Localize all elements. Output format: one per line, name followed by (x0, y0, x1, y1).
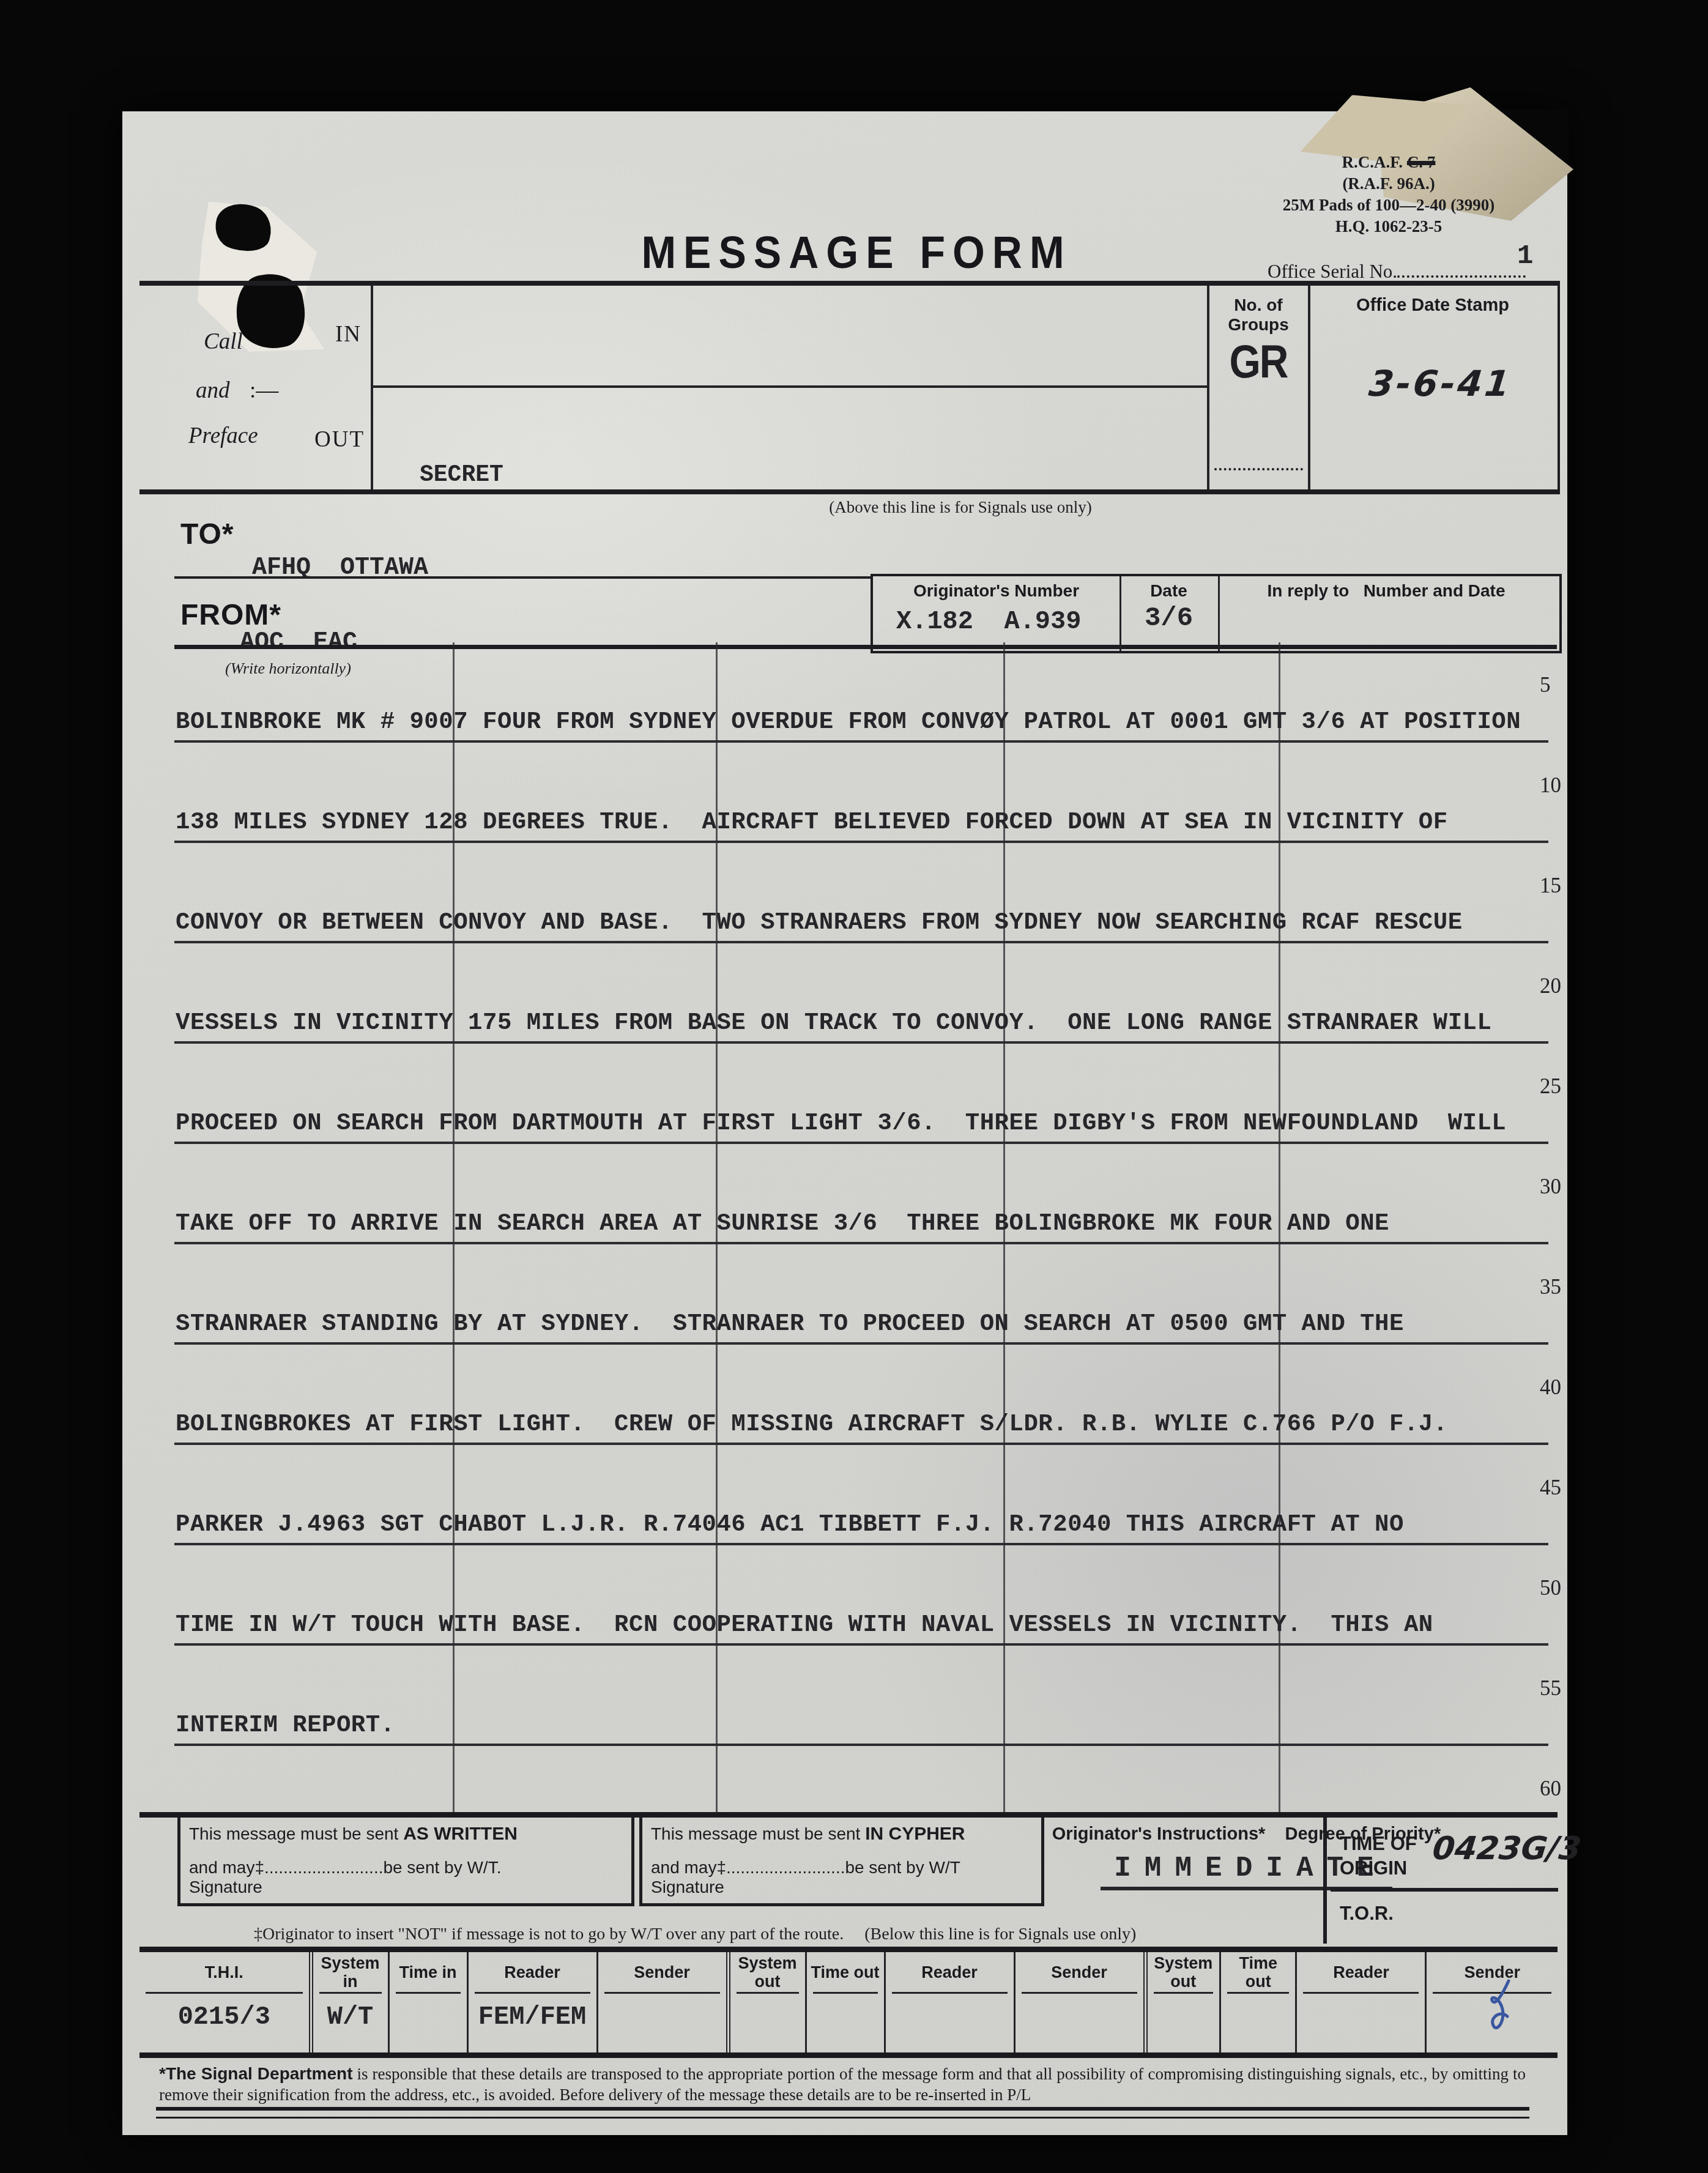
message-line: BOLINGBROKES AT FIRST LIGHT. CREW OF MIS… (176, 1411, 1448, 1438)
table-cell-time-in: Time in (388, 1952, 467, 2052)
form-code-block: R.C.A.F. C. 7 (R.A.F. 96A.) 25M Pads of … (1217, 152, 1560, 237)
word-count-number: 20 (1540, 974, 1561, 998)
word-count-number: 55 (1540, 1676, 1561, 1701)
message-row: VESSELS IN VICINITY 175 MILES FROM BASE … (174, 943, 1548, 1044)
table-cell-time-out-2: Time out (1219, 1952, 1295, 2052)
office-serial: Office Serial No. (1268, 257, 1526, 283)
table-cell-reader-2: Reader (884, 1952, 1014, 2052)
colon-dash: :— (250, 377, 278, 404)
call-label: Call (204, 329, 243, 355)
write-horizontally-note: (Write horizontally) (225, 659, 351, 678)
from-label: FROM* (180, 598, 281, 632)
office-serial-value: 1 (1517, 241, 1533, 272)
date-label: Date (1119, 581, 1218, 601)
message-line: CONVOY OR BETWEEN CONVOY AND BASE. TWO S… (176, 909, 1463, 936)
message-line: STRANRAER STANDING BY AT SYDNEY. STRANRA… (176, 1310, 1404, 1337)
signature-label: Signature (651, 1878, 724, 1897)
message-row: TIME IN W/T TOUCH WITH BASE. RCN COOPERA… (174, 1545, 1548, 1646)
reader-value: FEM/FEM (469, 1994, 596, 2032)
form-code-prefix: R.C.A.F. (1342, 153, 1407, 171)
dagger-note: ‡Originator to insert "NOT" if message i… (254, 1925, 844, 1944)
message-row: CONVOY OR BETWEEN CONVOY AND BASE. TWO S… (174, 843, 1548, 943)
word-count-number: 60 (1540, 1777, 1561, 1801)
as-written-box: This message must be sent AS WRITTEN and… (177, 1818, 634, 1906)
message-line: TIME IN W/T TOUCH WITH BASE. RCN COOPERA… (176, 1611, 1433, 1638)
word-count-number: 15 (1540, 874, 1561, 898)
message-line: PARKER J.4963 SGT CHABOT L.J.R. R.74046 … (176, 1511, 1404, 1538)
word-count-number: 40 (1540, 1375, 1561, 1400)
time-of-origin-value: 0423G/3 (1431, 1830, 1583, 1867)
column-header: Time out (1221, 1952, 1295, 1992)
divider (1331, 1888, 1558, 1892)
table-cell-system-in: System in W/T (309, 1952, 388, 2052)
as-written-wt-line: and may‡.........................be sent… (189, 1858, 501, 1878)
signals-note-below: (Below this line is for Signals use only… (864, 1925, 1136, 1944)
word-count-number: 30 (1540, 1175, 1561, 1199)
table-cell-time-out-1: Time out (805, 1952, 884, 2052)
message-line: VESSELS IN VICINITY 175 MILES FROM BASE … (176, 1009, 1491, 1036)
column-header: T.H.I. (139, 1952, 309, 1992)
routing-table: Call and :— Preface IN OUT SECRET No. of… (139, 281, 1560, 494)
column-header: System out (730, 1952, 805, 1992)
as-written-bold: AS WRITTEN (403, 1824, 518, 1844)
word-count-number: 45 (1540, 1476, 1561, 1500)
originator-box: Originator's Number Date In reply to Num… (871, 574, 1562, 653)
message-line: INTERIM REPORT. (176, 1712, 395, 1739)
table-cell-sender-3: Sender (1425, 1952, 1558, 2052)
raf-code: (R.A.F. 96A.) (1217, 173, 1560, 195)
message-row: BOLINGBROKES AT FIRST LIGHT. CREW OF MIS… (174, 1345, 1548, 1445)
form-code-struck: C. 7 (1407, 153, 1436, 171)
column-header: Reader (1297, 1952, 1425, 1992)
groups-label: No. of Groups (1209, 295, 1307, 335)
time-of-origin-label: TIME OF ORIGIN (1340, 1832, 1417, 1881)
word-count-number: 50 (1540, 1576, 1561, 1600)
message-row: 138 MILES SYDNEY 128 DEGREES TRUE. AIRCR… (174, 743, 1548, 843)
out-label: OUT (314, 426, 365, 453)
column-header: System in (313, 1952, 388, 1992)
fine-print-bold: *The Signal Department (159, 2064, 352, 2083)
divider (1308, 286, 1310, 489)
message-row: INTERIM REPORT.55 (174, 1646, 1548, 1746)
signature-label: Signature (189, 1878, 262, 1897)
message-line: PROCEED ON SEARCH FROM DARTMOUTH AT FIRS… (176, 1110, 1506, 1137)
table-cell-sender-1: Sender (596, 1952, 726, 2052)
word-count-number: 35 (1540, 1275, 1561, 1299)
in-reply-label: In reply to Number and Date (1218, 581, 1554, 601)
table-cell-system-out-2: System out (1143, 1952, 1219, 2052)
table-cell-reader-1: Reader FEM/FEM (467, 1952, 596, 2052)
system-in-value: W/T (313, 1994, 388, 2032)
in-cypher-wt-line: and may‡.........................be sent… (651, 1858, 960, 1878)
message-row: STRANRAER STANDING BY AT SYDNEY. STRANRA… (174, 1244, 1548, 1345)
word-count-number: 5 (1540, 673, 1551, 697)
office-date-stamp-value: 3-6-41 (1367, 363, 1514, 404)
message-row: BOLINBROKE MK # 9007 FOUR FROM SYDNEY OV… (174, 642, 1548, 743)
as-written-text: This message must be sent AS WRITTEN (189, 1824, 518, 1844)
column-header: System out (1148, 1952, 1219, 1992)
and-label: and (196, 377, 230, 404)
message-line: BOLINBROKE MK # 9007 FOUR FROM SYDNEY OV… (176, 708, 1521, 735)
in-cypher-text: This message must be sent IN CYPHER (651, 1824, 965, 1844)
bottom-double-rule (156, 2107, 1529, 2119)
pen-signature-squiggle (1479, 1978, 1522, 2049)
section-rule (139, 2052, 1558, 2058)
table-cell-sender-2: Sender (1014, 1952, 1143, 2052)
tor-label: T.O.R. (1340, 1903, 1394, 1925)
message-row: PARKER J.4963 SGT CHABOT L.J.R. R.74046 … (174, 1445, 1548, 1545)
groups-value-stamp: GR (1209, 335, 1307, 388)
in-label: IN (335, 321, 362, 347)
column-header: Reader (469, 1952, 596, 1992)
office-serial-label: Office Serial No. (1268, 261, 1397, 282)
originators-number-value: X.182 A.939 (896, 607, 1081, 636)
signals-note-above: (Above this line is for Signals use only… (569, 498, 1352, 517)
pads-note: 25M Pads of 100—2-40 (3990) (1217, 195, 1560, 216)
message-row: TAKE OFF TO ARRIVE IN SEARCH AREA AT SUN… (174, 1144, 1548, 1244)
date-value: 3/6 (1119, 603, 1218, 634)
table-cell-reader-3: Reader (1295, 1952, 1425, 2052)
column-header: Sender (598, 1952, 726, 1992)
office-date-stamp-label: Office Date Stamp (1311, 295, 1554, 316)
in-out-divider (373, 385, 1207, 388)
section-rule (139, 1812, 1558, 1818)
signals-table: T.H.I. 0215/3 System in W/T Time in Read… (139, 1952, 1558, 2052)
table-cell-thi: T.H.I. 0215/3 (139, 1952, 309, 2052)
thi-value: 0215/3 (139, 1994, 309, 2032)
page-title: MESSAGE FORM (600, 227, 1113, 278)
word-count-number: 25 (1540, 1074, 1561, 1099)
preface-label: Preface (188, 423, 258, 449)
fine-print-rest: is responsible that these details are tr… (159, 2065, 1526, 2104)
column-header: Reader (886, 1952, 1014, 1992)
in-cypher-bold: IN CYPHER (865, 1824, 965, 1844)
message-line: TAKE OFF TO ARRIVE IN SEARCH AREA AT SUN… (176, 1210, 1389, 1237)
dagger-note-row: ‡Originator to insert "NOT" if message i… (254, 1925, 1508, 1944)
in-cypher-box: This message must be sent IN CYPHER and … (639, 1818, 1044, 1906)
to-underline (174, 576, 871, 579)
column-header: Time out (807, 1952, 884, 1992)
to-label: TO* (180, 518, 234, 551)
message-line: 138 MILES SYDNEY 128 DEGREES TRUE. AIRCR… (176, 809, 1448, 836)
message-row: PROCEED ON SEARCH FROM DARTMOUTH AT FIRS… (174, 1044, 1548, 1144)
table-cell-system-out-1: System out (726, 1952, 805, 2052)
word-count-number: 10 (1540, 773, 1561, 798)
message-form-page: R.C.A.F. C. 7 (R.A.F. 96A.) 25M Pads of … (122, 111, 1567, 2135)
secret-classification: SECRET (420, 462, 503, 488)
hq-code: H.Q. 1062-23-5 (1217, 216, 1560, 237)
fine-print: *The Signal Department is responsible th… (159, 2063, 1526, 2106)
groups-dotted-line (1214, 468, 1303, 470)
column-header: Sender (1016, 1952, 1143, 1992)
column-header: Time in (390, 1952, 467, 1992)
form-code-line: R.C.A.F. C. 7 (1217, 152, 1560, 173)
message-grid: BOLINBROKE MK # 9007 FOUR FROM SYDNEY OV… (174, 642, 1548, 1817)
office-serial-dots (1397, 257, 1526, 278)
originators-number-label: Originator's Number (873, 581, 1119, 601)
